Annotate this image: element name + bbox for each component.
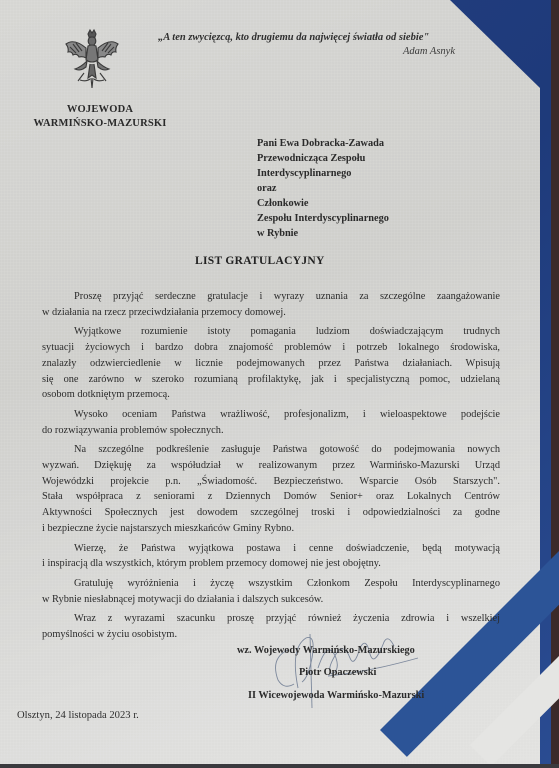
authority-title: WOJEWODA [20, 103, 180, 117]
recipient-line: Przewodnicząca Zespołu [257, 151, 389, 166]
letter-title: LIST GRATULACYJNY [195, 255, 325, 267]
body-line: w Rybnie niesłabnącej motywacji do dział… [42, 592, 500, 608]
body-line: się one zarówno w szeroko rozumianą prof… [42, 372, 500, 388]
body-line: osobom dotkniętym przemocą. [42, 387, 500, 403]
body-line: Aktywności Społecznych jest dowodem szcz… [42, 505, 500, 521]
signatory-position: II Wicewojewoda Warmińsko-Mazurski [248, 690, 424, 701]
body-line: Proszę przyjąć serdeczne gratulacje i wy… [42, 289, 500, 305]
recipient-line: Interdyscyplinarnego [257, 166, 389, 181]
paragraph-5: Wierzę, że Państwa wyjątkowa postawa i c… [42, 541, 500, 572]
body-line: znalazły odzwierciedlenie w licznie pode… [42, 356, 500, 372]
body-line: Wierzę, że Państwa wyjątkowa postawa i c… [42, 541, 500, 557]
table-edge [551, 0, 559, 768]
recipient-line: Zespołu Interdyscyplinarnego [257, 211, 389, 226]
body-line: Stała współpraca z seniorami z Dziennych… [42, 489, 500, 505]
paragraph-4: Na szczególne podkreślenie zasługuje Pań… [42, 442, 500, 536]
polish-eagle-emblem-icon [62, 28, 122, 92]
bottom-shadow [0, 764, 559, 768]
motto-quote: „A ten zwycięzcą, kto drugiemu da najwię… [158, 32, 429, 43]
recipient-line: Pani Ewa Dobracka-Zawada [257, 136, 389, 151]
recipient-block: Pani Ewa Dobracka-Zawada Przewodnicząca … [257, 136, 389, 241]
signatory-name: Piotr Opaczewski [299, 667, 376, 678]
body-line: Wraz z wyrazami szacunku proszę przyjąć … [42, 611, 500, 627]
paragraph-3: Wysoko oceniam Państwa wrażliwość, profe… [42, 407, 500, 438]
recipient-line: Członkowie [257, 196, 389, 211]
body-line: i inspiracją dla wszystkich, którym prob… [42, 556, 500, 572]
body-line: w działania na rzecz przeciwdziałania pr… [42, 305, 500, 321]
place-and-date: Olsztyn, 24 listopada 2023 r. [17, 710, 139, 721]
body-line: do rozwiązywania problemów społecznych. [42, 423, 500, 439]
letter-body: Proszę przyjąć serdeczne gratulacje i wy… [42, 289, 500, 647]
recipient-line: oraz [257, 181, 389, 196]
body-line: sytuacji życiowych i bardzo dobra znajom… [42, 340, 500, 356]
paragraph-2: Wyjątkowe rozumienie istoty pomagania lu… [42, 324, 500, 403]
issuing-authority: WOJEWODA WARMIŃSKO-MAZURSKI [20, 103, 180, 131]
paragraph-6: Gratuluję wyróżnienia i życzę wszystkim … [42, 576, 500, 607]
body-line: Wojewódzki projekcie p.n. „Świadomość. B… [42, 474, 500, 490]
body-line: Wysoko oceniam Państwa wrażliwość, profe… [42, 407, 500, 423]
body-line: Gratuluję wyróżnienia i życzę wszystkim … [42, 576, 500, 592]
body-line: i bezpieczne życie najstarszych mieszkań… [42, 521, 500, 537]
body-line: Wyjątkowe rozumienie istoty pomagania lu… [42, 324, 500, 340]
paragraph-1: Proszę przyjąć serdeczne gratulacje i wy… [42, 289, 500, 320]
signatory-on-behalf: wz. Wojewody Warmińsko-Mazurskiego [237, 645, 415, 656]
body-line: Na szczególne podkreślenie zasługuje Pań… [42, 442, 500, 458]
recipient-line: w Rybnie [257, 226, 389, 241]
motto-author: Adam Asnyk [403, 46, 455, 57]
body-line: wyzwań. Dziękuję za współudział w realiz… [42, 458, 500, 474]
authority-region: WARMIŃSKO-MAZURSKI [20, 117, 180, 131]
